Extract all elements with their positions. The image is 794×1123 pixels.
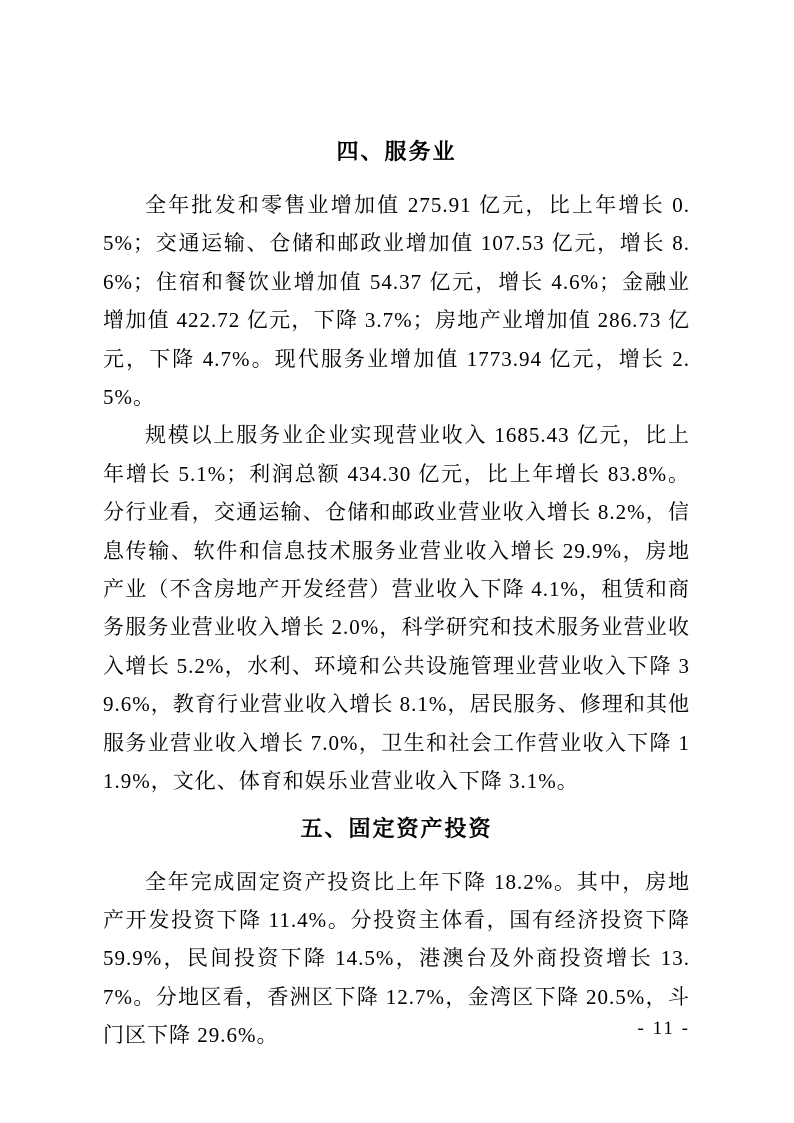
paragraph-services-added-value: 全年批发和零售业增加值 275.91 亿元，比上年增长 0.5%；交通运输、仓储… — [103, 186, 690, 416]
section-heading-fixed-asset-investment: 五、固定资产投资 — [103, 815, 690, 843]
section-heading-services: 四、服务业 — [103, 138, 690, 166]
paragraph-investment: 全年完成固定资产投资比上年下降 18.2%。其中，房地产开发投资下降 11.4%… — [103, 863, 690, 1055]
page-content: 四、服务业 全年批发和零售业增加值 275.91 亿元，比上年增长 0.5%；交… — [103, 138, 690, 1055]
document-page: 四、服务业 全年批发和零售业增加值 275.91 亿元，比上年增长 0.5%；交… — [0, 0, 794, 1123]
page-number: - 11 - — [638, 1018, 690, 1040]
paragraph-services-revenue: 规模以上服务业企业实现营业收入 1685.43 亿元，比上年增长 5.1%；利润… — [103, 416, 690, 800]
